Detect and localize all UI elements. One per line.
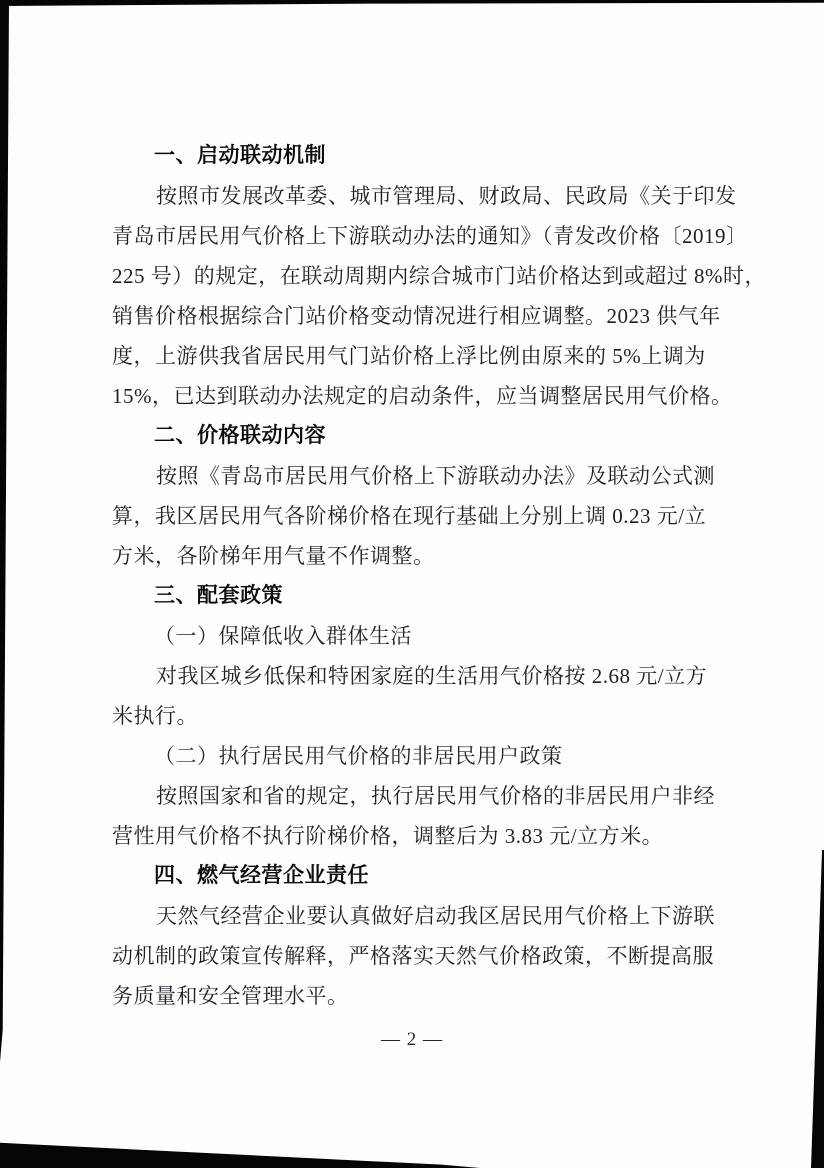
scan-border-left bbox=[0, 0, 9, 1062]
subsection-1-title: （一）保障低收入群体生活 bbox=[112, 616, 752, 656]
body-line: 销售价格根据综合门站价格变动情况进行相应调整。2023 供气年 bbox=[112, 296, 752, 336]
body-line: 对我区城乡低保和特困家庭的生活用气价格按 2.68 元/立方 bbox=[112, 656, 752, 696]
body-line: 按照国家和省的规定，执行居民用气价格的非居民用户非经 bbox=[112, 776, 752, 816]
body-line: 15%，已达到联动办法规定的启动条件，应当调整居民用气价格。 bbox=[112, 376, 752, 416]
section-3-heading: 三、配套政策 bbox=[112, 576, 752, 616]
body-line: 动机制的政策宣传解释，严格落实天然气价格政策，不断提高服 bbox=[112, 936, 752, 976]
body-line: 按照《青岛市居民用气价格上下游联动办法》及联动公式测 bbox=[112, 456, 752, 496]
body-line: 青岛市居民用气价格上下游联动办法的通知》（青发改价格〔2019〕 bbox=[112, 216, 752, 256]
document-body: 一、启动联动机制 按照市发展改革委、城市管理局、财政局、民政局《关于印发 青岛市… bbox=[112, 136, 752, 1016]
page-number: — 2 — bbox=[0, 1020, 824, 1060]
body-line: 按照市发展改革委、城市管理局、财政局、民政局《关于印发 bbox=[112, 176, 752, 216]
body-line: 天然气经营企业要认真做好启动我区居民用气价格上下游联 bbox=[112, 896, 752, 936]
body-line: 营性用气价格不执行阶梯价格，调整后为 3.83 元/立方米。 bbox=[112, 816, 752, 856]
scanned-document-page: 一、启动联动机制 按照市发展改革委、城市管理局、财政局、民政局《关于印发 青岛市… bbox=[0, 0, 824, 1168]
body-line: 米执行。 bbox=[112, 696, 752, 736]
body-line: 务质量和安全管理水平。 bbox=[112, 976, 752, 1016]
body-line: 方米，各阶梯年用气量不作调整。 bbox=[112, 536, 752, 576]
section-2-heading: 二、价格联动内容 bbox=[112, 416, 752, 456]
scan-border-bottom-right bbox=[811, 850, 824, 1168]
scan-border-bottom-left bbox=[0, 1140, 480, 1168]
scan-border-top bbox=[0, 0, 824, 6]
subsection-2-title: （二）执行居民用气价格的非居民用户政策 bbox=[112, 736, 752, 776]
body-line: 算，我区居民用气各阶梯价格在现行基础上分别上调 0.23 元/立 bbox=[112, 496, 752, 536]
body-line: 度，上游供我省居民用气门站价格上浮比例由原来的 5%上调为 bbox=[112, 336, 752, 376]
section-1-heading: 一、启动联动机制 bbox=[112, 136, 752, 176]
body-line: 225 号）的规定，在联动周期内综合城市门站价格达到或超过 8%时， bbox=[112, 256, 752, 296]
section-4-heading: 四、燃气经营企业责任 bbox=[112, 856, 752, 896]
